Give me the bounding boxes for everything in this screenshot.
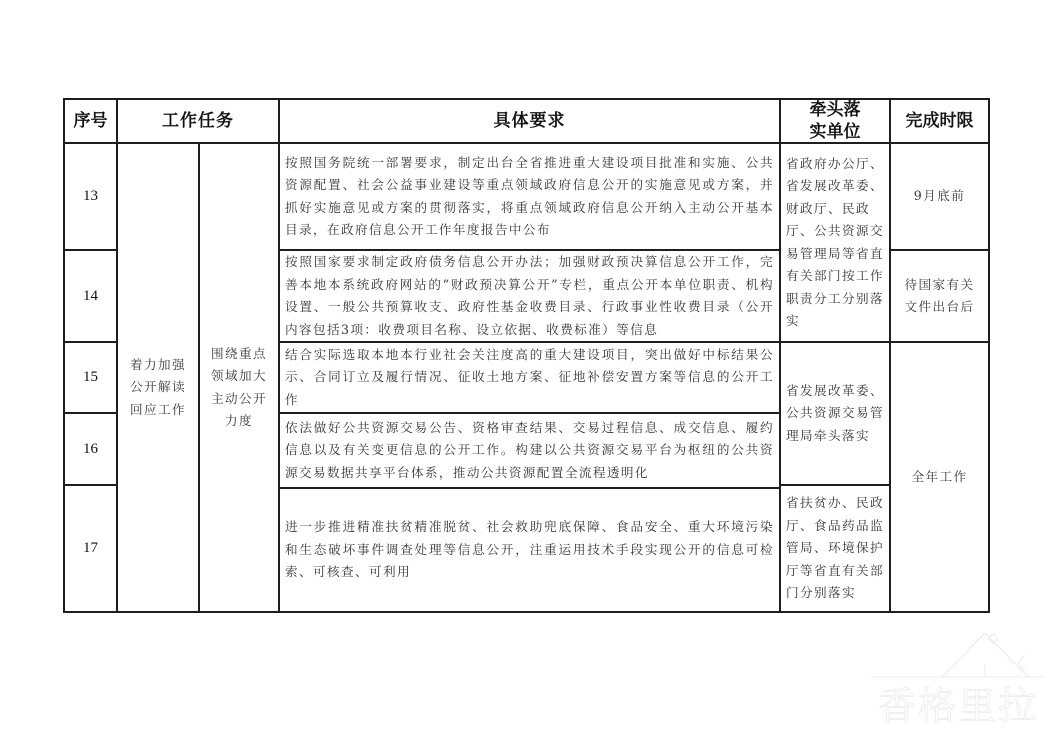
row-13-requirement-text: 按照国务院统一部署要求，制定出台全省推进重大建设项目批准和实施、公共资源配置、社… [285, 152, 774, 242]
header-requirement: 具体要求 [279, 99, 780, 143]
header-deadline: 完成时限 [890, 99, 989, 143]
row-15-requirement: 结合实际选取本地本行业社会关注度高的重大建设项目，突出做好中标结果公示、合同订立… [279, 342, 780, 413]
header-lead-unit-line1: 牵头落 [810, 99, 861, 121]
row-16-requirement-text: 依法做好公共资源交易公告、资格审查结果、交易过程信息、成交信息、履约信息以及有关… [285, 417, 774, 485]
header-lead-unit-line2: 实单位 [810, 121, 861, 143]
row-divider [279, 341, 990, 343]
table-border-top [64, 98, 990, 100]
row-13-deadline: 9月底前 [890, 143, 989, 250]
row-divider [64, 341, 117, 343]
col-divider [116, 98, 118, 613]
header-task: 工作任务 [117, 99, 279, 143]
task-level2: 围绕重点领域加大主动公开力度 [199, 143, 279, 612]
table-border-left [63, 98, 65, 613]
task-level2-text: 围绕重点领域加大主动公开力度 [207, 343, 271, 433]
watermark: 香格里拉 [860, 625, 1050, 740]
row-divider [64, 249, 117, 251]
row-14-requirement-text: 按照国家要求制定政府债务信息公开办法；加强财政预决算信息公开工作，完善本地本系统… [285, 251, 774, 341]
row-divider [890, 249, 990, 251]
row-divider [64, 484, 117, 486]
row-17-requirement-text: 进一步推进精准扶贫精准脱贫、社会救助兜底保障、食品安全、重大环境污染和生态破坏事… [285, 516, 774, 584]
row-divider [279, 249, 780, 251]
row-14-deadline-text: 待国家有关文件出台后 [900, 274, 979, 319]
col-divider [889, 98, 891, 613]
lead-unit-row-17: 省扶贫办、民政厅、食品药品监管局、环境保护厅等省直有关部门分别落实 [780, 485, 890, 612]
header-index: 序号 [64, 99, 117, 143]
row-divider [780, 484, 890, 486]
rows-15-17-deadline: 全年工作 [890, 342, 989, 612]
lead-unit-rows-13-14: 省政府办公厅、省发展改革委、财政厅、民政厅、公共资源交易管理局等省直有关部门按工… [780, 143, 890, 342]
row-13-index: 13 [64, 143, 117, 250]
row-17-requirement: 进一步推进精准扶贫精准脱贫、社会救助兜底保障、食品安全、重大环境污染和生态破坏事… [279, 488, 780, 612]
row-14-requirement: 按照国家要求制定政府债务信息公开办法；加强财政预决算信息公开工作，完善本地本系统… [279, 250, 780, 342]
watermark-text: 香格里拉 [878, 675, 1038, 730]
row-15-index: 15 [64, 342, 117, 413]
row-16-requirement: 依法做好公共资源交易公告、资格审查结果、交易过程信息、成交信息、履约信息以及有关… [279, 413, 780, 488]
task-level1-text: 着力加强公开解读回应工作 [127, 354, 189, 422]
lead-unit-rows-13-14-text: 省政府办公厅、省发展改革委、财政厅、民政厅、公共资源交易管理局等省直有关部门按工… [786, 153, 884, 333]
row-divider [64, 412, 117, 414]
table-border-bottom [64, 611, 990, 613]
row-13-requirement: 按照国务院统一部署要求，制定出台全省推进重大建设项目批准和实施、公共资源配置、社… [279, 143, 780, 250]
col-divider [198, 142, 200, 613]
lead-unit-rows-15-16-text: 省发展改革委、公共资源交易管理局牵头落实 [786, 380, 884, 448]
row-15-requirement-text: 结合实际选取本地本行业社会关注度高的重大建设项目，突出做好中标结果公示、合同订立… [285, 344, 774, 412]
table-border-right [988, 98, 990, 613]
row-17-index: 17 [64, 485, 117, 612]
row-14-deadline: 待国家有关文件出台后 [890, 250, 989, 342]
row-14-index: 14 [64, 250, 117, 342]
col-divider [779, 98, 781, 613]
lead-unit-rows-15-16: 省发展改革委、公共资源交易管理局牵头落实 [780, 342, 890, 485]
row-16-index: 16 [64, 413, 117, 485]
lead-unit-row-17-text: 省扶贫办、民政厅、食品药品监管局、环境保护厅等省直有关部门分别落实 [786, 492, 884, 605]
header-lead-unit: 牵头落 实单位 [780, 99, 890, 143]
row-divider [279, 412, 780, 414]
task-level1: 着力加强公开解读回应工作 [117, 143, 199, 612]
row-divider [279, 487, 780, 489]
header-divider [64, 142, 990, 144]
document-page: 序号 工作任务 具体要求 牵头落 实单位 完成时限 13 14 15 16 17… [0, 0, 1052, 744]
col-divider [278, 98, 280, 613]
